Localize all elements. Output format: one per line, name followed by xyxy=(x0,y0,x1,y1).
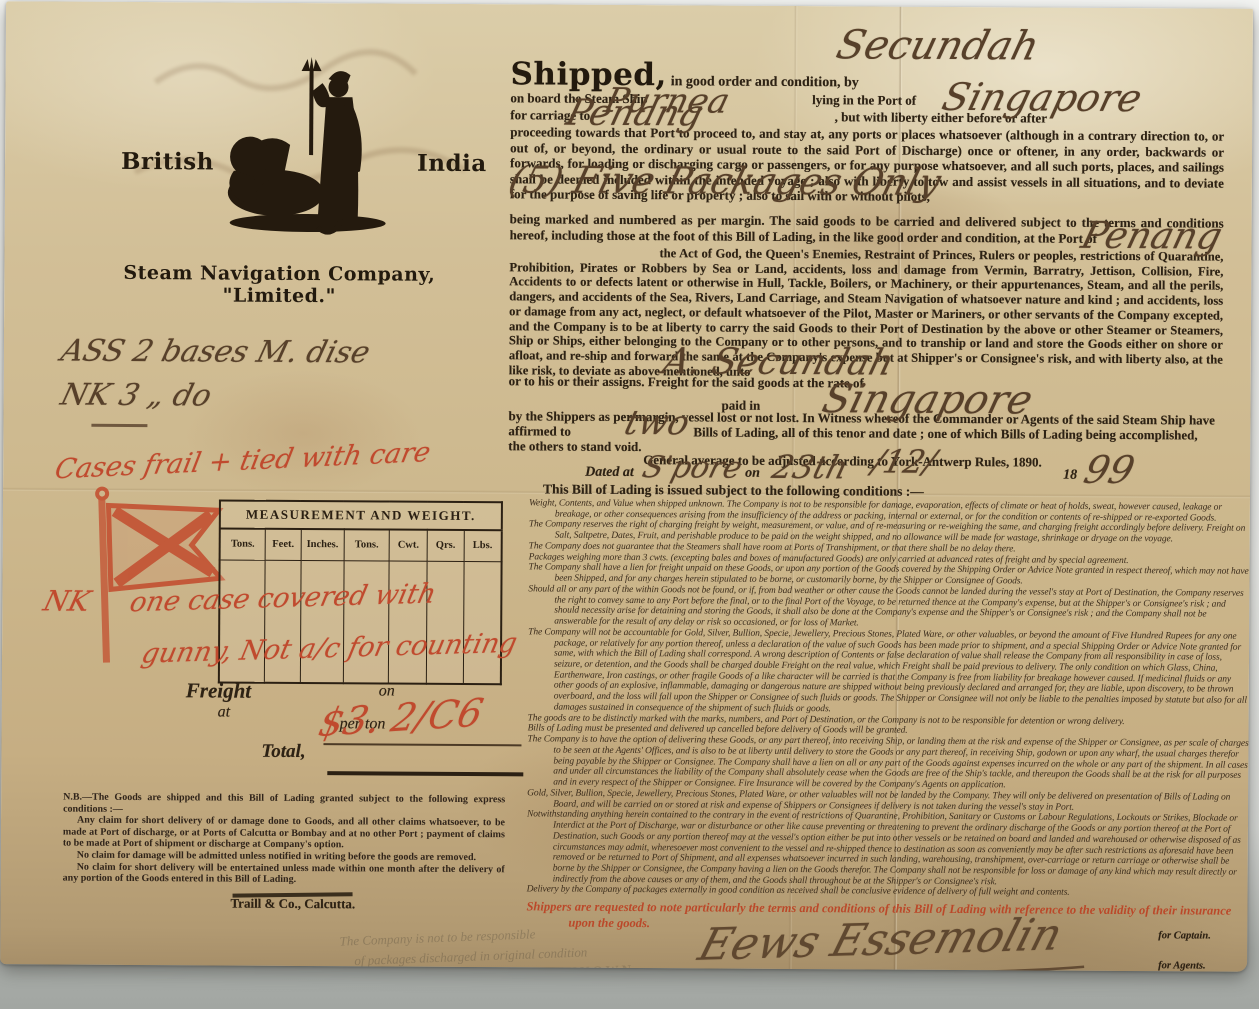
condition-7: The Company will not be accountable for … xyxy=(528,627,1251,717)
agent-signature: Eews Essemolin xyxy=(700,913,1090,971)
freight-amount-handwritten: $3. 2/C6 xyxy=(315,690,487,745)
company-name-line: Steam Navigation Company, "Limited." xyxy=(74,262,484,309)
affirmed-to-label: affirmed to xyxy=(508,423,571,438)
masthead-british: British xyxy=(121,148,214,176)
margin-underline xyxy=(91,424,147,427)
cell-empty xyxy=(463,561,501,683)
dated-on-label: on xyxy=(745,466,760,482)
nb-item-1: Any claim for short delivery of or damag… xyxy=(63,815,505,852)
handwritten-port-of: Penang xyxy=(1077,214,1227,258)
total-rule xyxy=(327,771,523,776)
handwritten-port-lying: Singapore xyxy=(938,75,1147,120)
dated-at-label: Dated at xyxy=(585,465,634,481)
col-lbs: Lbs. xyxy=(464,530,502,562)
col-feet: Feet. xyxy=(265,529,301,561)
red-mark-nk: NK xyxy=(40,584,94,617)
britannia-lion-emblem xyxy=(210,54,406,240)
nb-item-3: No claim for short delivery will be ente… xyxy=(63,861,505,887)
for-captain-label: for Captain. xyxy=(1158,930,1211,941)
col-tons-measure: Tons. xyxy=(220,529,266,561)
signature-text: Eews Essemolin xyxy=(693,909,1068,971)
bills-of-lading-clause: Bills of Lading, all of this tenor and d… xyxy=(693,424,1197,442)
year-prefix-print: 18 xyxy=(1063,468,1077,484)
for-agents-label: for Agents. xyxy=(1158,960,1206,971)
handwritten-packages: (5) Five Packages Only xyxy=(504,158,945,204)
handwritten-paid-in-place: Singapore xyxy=(818,376,1038,423)
handwritten-dated-month: /12/ xyxy=(868,443,940,481)
col-cwt: Cwt. xyxy=(389,530,427,562)
conditions-block: Weight, Contents, and Value when shipped… xyxy=(527,498,1251,900)
freight-label: Freight xyxy=(186,678,252,703)
condition-12: Notwithstanding anything herein containe… xyxy=(527,810,1249,890)
table-title: MEASUREMENT AND WEIGHT. xyxy=(220,501,502,531)
handwritten-dated-day: 23th xyxy=(768,448,852,486)
handwritten-copies: two xyxy=(620,403,693,443)
handwritten-carriage-to: Penang xyxy=(562,93,707,135)
nb-intro: N.B.—The Goods are shipped and this Bill… xyxy=(63,792,505,818)
red-note-cases-frail: Cases frail + tied with care xyxy=(52,437,433,486)
lying-port-label: lying in the Port of xyxy=(812,92,916,108)
freight-at-label: at xyxy=(218,703,231,721)
freight-total-label: Total, xyxy=(261,741,305,763)
handwritten-dated-place: S'pore xyxy=(639,450,746,486)
per-ton-rule xyxy=(323,743,521,746)
col-tons-weight: Tons. xyxy=(344,529,390,561)
handwritten-year: 99 xyxy=(1080,448,1140,492)
bill-of-lading-document: British India Steam Navigation Company, … xyxy=(0,1,1253,972)
masthead-india: India xyxy=(417,150,487,177)
nb-conditions-block: N.B.—The Goods are shipped and this Bill… xyxy=(63,792,506,887)
printer-imprint: Traill & Co., Calcutta. xyxy=(230,896,355,913)
margin-marks-line2: NK 3 „ do xyxy=(57,378,215,414)
col-qrs: Qrs. xyxy=(427,530,464,562)
col-inches: Inches. xyxy=(301,529,344,561)
condition-10: The Company is to have the option of del… xyxy=(527,735,1249,793)
condition-6: Should all or any part of the within Goo… xyxy=(528,584,1250,631)
scan-photo: British India Steam Navigation Company, … xyxy=(0,0,1259,1009)
margin-marks-line1: ASS 2 bases M. dise xyxy=(57,334,373,371)
